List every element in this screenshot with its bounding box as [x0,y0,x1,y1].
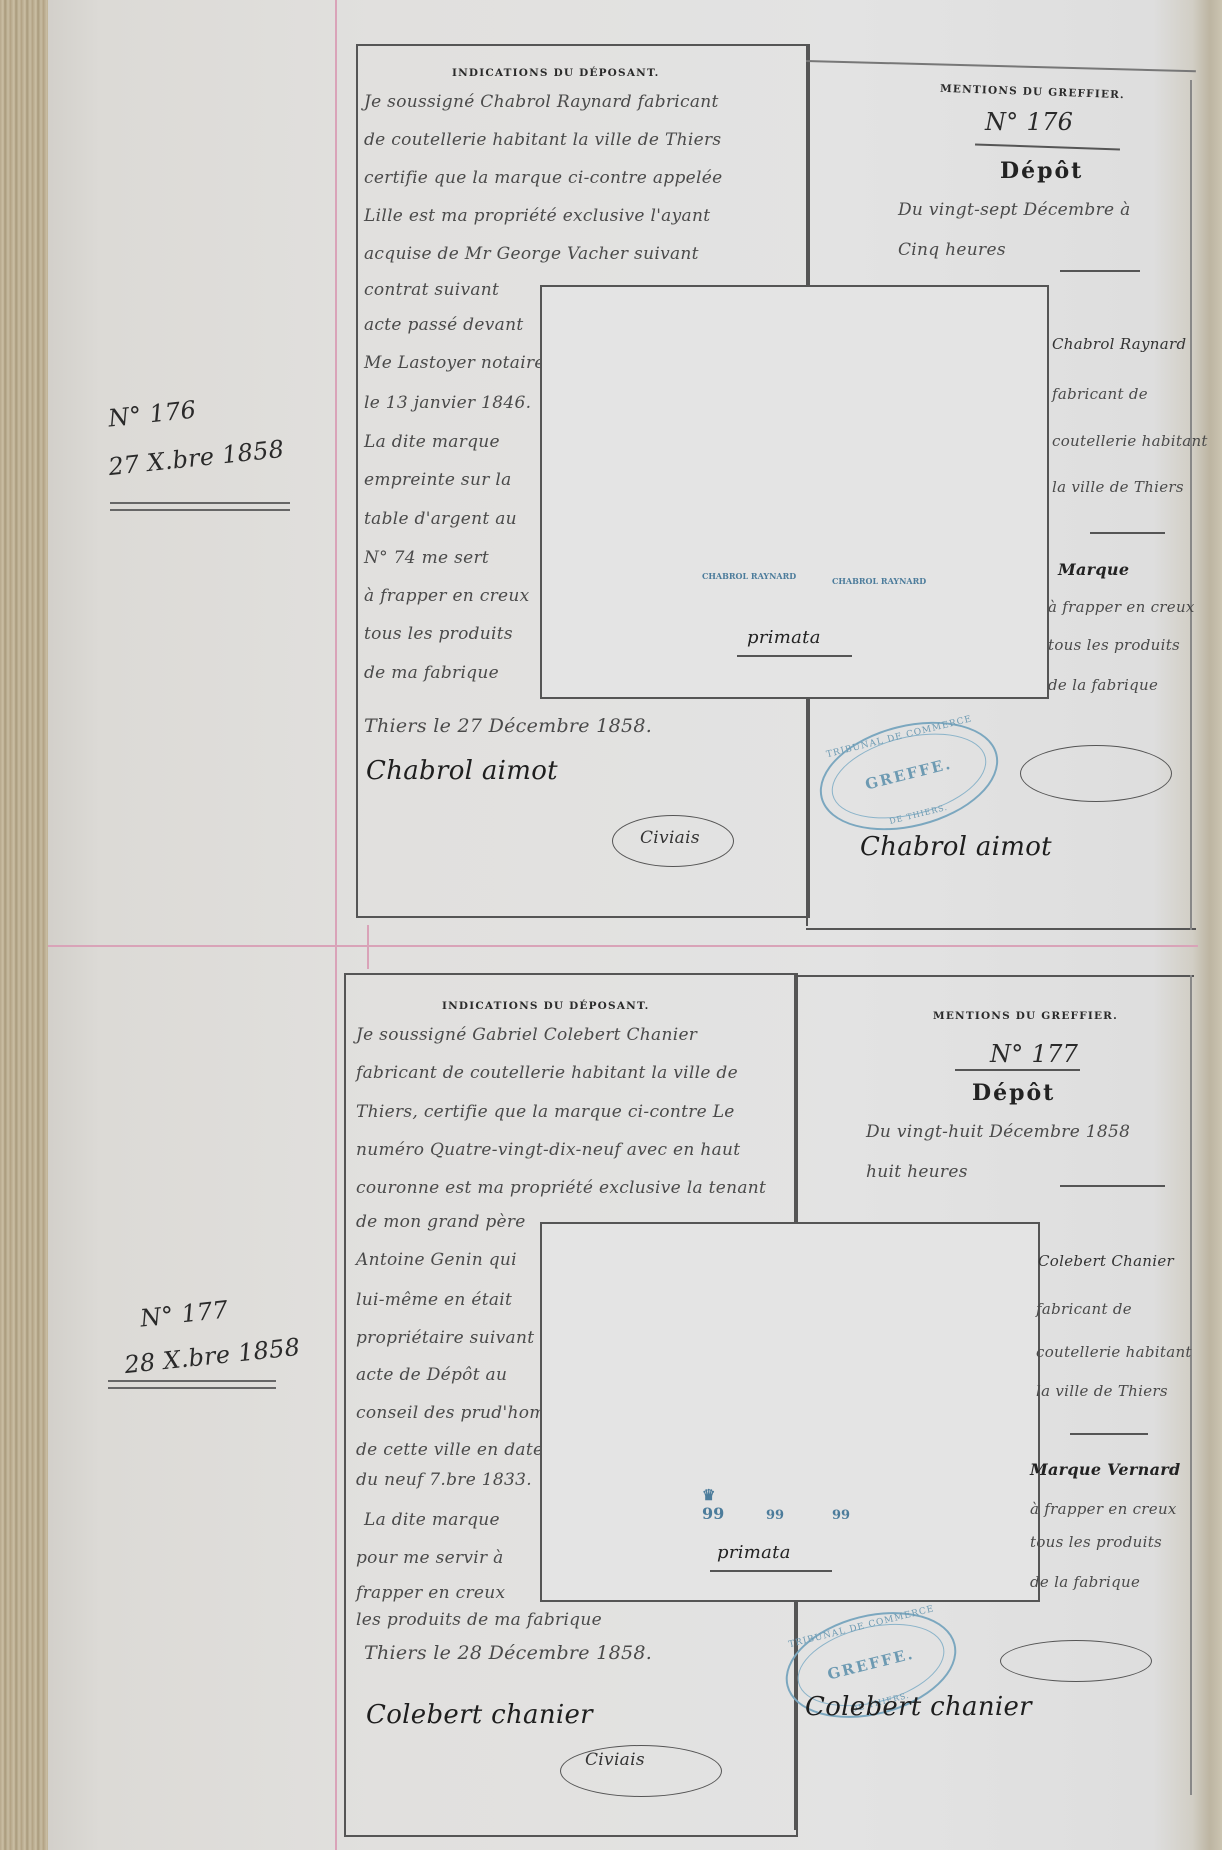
bottom-signature: Chabrol aimot [860,832,1052,862]
registry-title: Dépôt [972,1080,1055,1106]
right-frame-line [1190,975,1192,1795]
caption-underline [710,1570,832,1572]
separator-tick [367,925,369,969]
clerk-header: Mentions du greffier. [933,1010,1118,1022]
trademark-imprint-box: CHABROL RAYNARD CHABROL RAYNARD primata [540,285,1049,699]
trademark-imprint-box: ♛ 99 99 99 primata [540,1222,1040,1602]
registry-rule [1060,270,1140,272]
crown-icon: ♛ [702,1486,715,1504]
depositor-header: Indications du déposant. [442,1000,649,1012]
trademark-stamp: CHABROL RAYNARD [832,577,926,586]
registry-time-line: huit heures [866,1162,968,1182]
margin-double-rule [110,502,290,511]
registry-date-line: Du vingt-huit Décembre 1858 [866,1122,1130,1142]
trademark-stamp: 99 [832,1508,850,1523]
registry-date-line: Du vingt-sept Décembre à [898,200,1131,220]
depositor-signature: Colebert chanier [366,1700,593,1730]
registry-number: N° 176 [985,108,1073,136]
margin-double-rule [108,1380,276,1389]
caption-underline [737,655,852,657]
trademark-caption: primata [717,1542,791,1563]
right-frame-top [794,975,1194,977]
registry-title: Dépôt [1000,158,1083,184]
trademark-stamp: CHABROL RAYNARD [702,572,796,581]
right-frame-line [1190,80,1192,930]
registry-time-line: Cinq heures [898,240,1006,260]
entry-separator-rule [48,945,1198,947]
book-binding [0,0,48,1850]
registry-number: N° 177 [990,1040,1078,1068]
registry-rule [1060,1185,1165,1187]
depositor-header: Indications du déposant. [452,67,659,79]
registry-number-underline [955,1069,1080,1071]
trademark-stamp: 99 [766,1508,784,1523]
margin-rule-vertical [335,0,337,1850]
bottom-signature: Colebert chanier [805,1692,1032,1722]
trademark-caption: primata [747,627,821,648]
depositor-signature: Chabrol aimot [366,756,558,786]
trademark-stamp: 99 [702,1504,724,1523]
bottom-rule [806,928,1196,930]
page-edge [1192,0,1222,1850]
